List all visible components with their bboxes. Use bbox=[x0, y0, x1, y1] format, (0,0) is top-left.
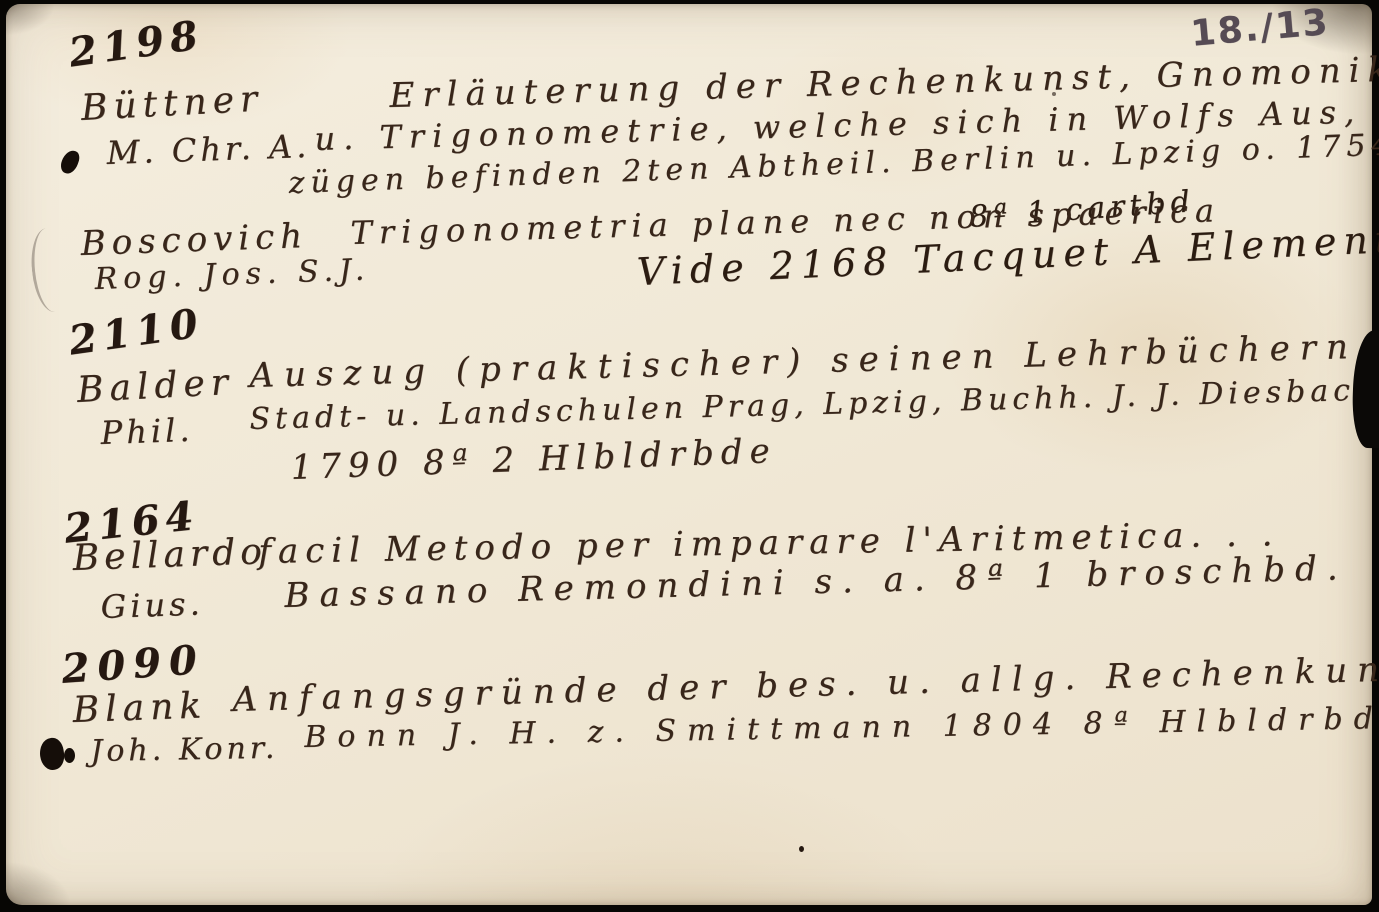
author-name: Büttner bbox=[80, 78, 264, 128]
author-name: Balder bbox=[76, 362, 235, 411]
scanned-page: 18./13 2198 Büttner Erläuterung der Rech… bbox=[0, 0, 1379, 912]
entry-number: 2090 bbox=[60, 636, 206, 693]
title-line: 1790 8ª 2 Hlbldrbde bbox=[290, 431, 777, 488]
author-name: Blank bbox=[72, 685, 208, 731]
pencil-mark bbox=[28, 226, 74, 313]
author-detail: Phil. bbox=[100, 411, 194, 452]
ink-blot bbox=[64, 748, 75, 763]
ink-blot bbox=[58, 148, 81, 176]
manuscript-paper: 18./13 2198 Büttner Erläuterung der Rech… bbox=[6, 4, 1372, 905]
ink-blot bbox=[38, 736, 66, 771]
author-detail: M. Chr. A. bbox=[106, 127, 311, 172]
entry-number: 2110 bbox=[66, 299, 207, 364]
paper-speck bbox=[799, 846, 804, 852]
author-detail: Joh. Konr. bbox=[90, 731, 279, 769]
entry-number: 2198 bbox=[66, 11, 207, 76]
paper-speck bbox=[1052, 92, 1056, 96]
author-name: Bellardo bbox=[72, 531, 268, 579]
archival-number: 18./13 bbox=[1189, 2, 1331, 55]
author-detail: Gius. bbox=[100, 584, 204, 626]
